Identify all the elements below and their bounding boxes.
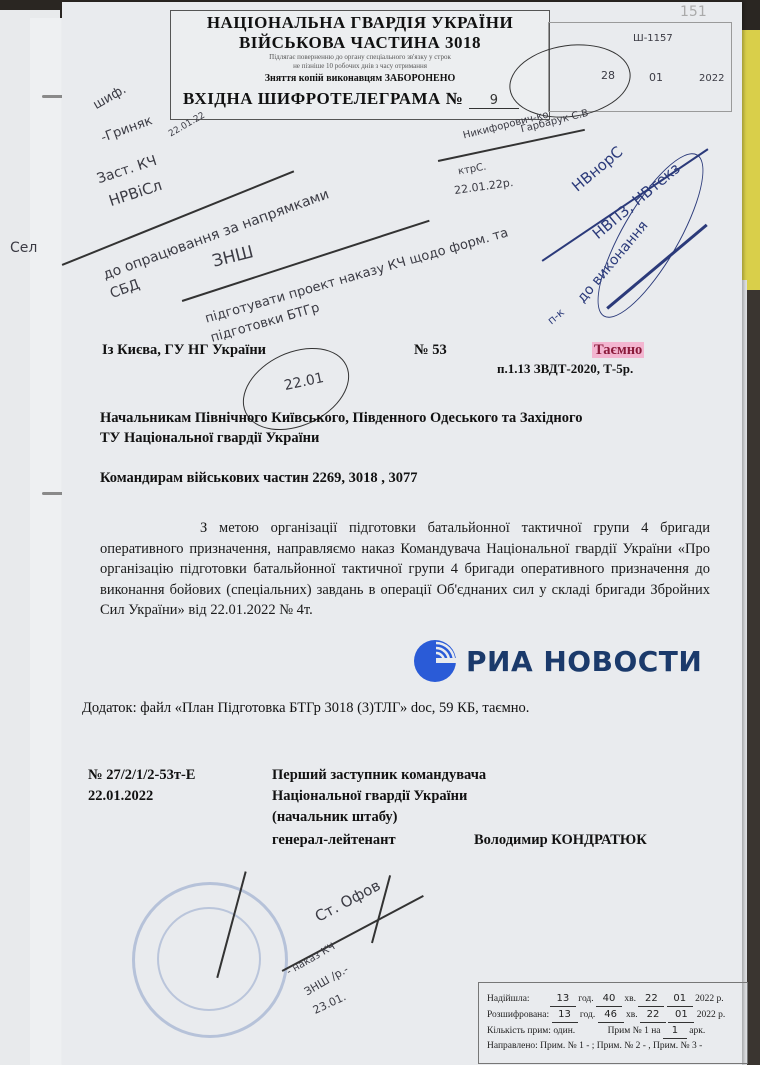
sent-row: Надійшла: 13 год. 40 хв. 22 01 2022 р. (487, 991, 739, 1007)
body-text: З метою організації підготовки батальйон… (100, 520, 710, 618)
recipients-line-2: ТУ Національної гвардії України (100, 430, 319, 447)
recipients-line-1: Начальникам Північного Київського, Півде… (100, 410, 582, 427)
hw-bottom-1: Ст. Офов (312, 876, 383, 925)
registration-month: 01 (649, 71, 663, 84)
hw-bottom-4: 23.01. (311, 990, 348, 1017)
min-label: хв. (626, 1010, 638, 1020)
registration-year: 2022 (699, 73, 724, 84)
document-page: НАЦІОНАЛЬНА ГВАРДІЯ УКРАЇНИ ВІЙСЬКОВА ЧА… (62, 2, 742, 1065)
classification-badge: Таємно (592, 342, 644, 359)
decoded-month: 01 (668, 1007, 694, 1023)
min-label: хв. (624, 994, 636, 1004)
classification-label: Таємно (592, 342, 644, 358)
stamp-inner-ring (157, 907, 261, 1011)
hour-label: год. (578, 994, 593, 1004)
return-note-2: не пізніше 10 робочих днів з часу отрима… (171, 62, 549, 71)
decoded-hour: 13 (552, 1007, 578, 1023)
sender-number: № 53 (414, 342, 447, 359)
unit-name: ВІЙСЬКОВА ЧАСТИНА 3018 (171, 33, 549, 53)
signer-rank: генерал-лейтенант (272, 832, 396, 849)
copy-unit: арк. (689, 1026, 705, 1036)
sent-month: 01 (667, 991, 693, 1007)
outgoing-ref-date: 22.01.2022 (88, 788, 153, 805)
classification-reference: п.1.13 ЗВДТ-2020, Т-5р. (497, 361, 633, 377)
hw-note-name: -Гриняк (99, 113, 154, 145)
ria-globe-icon (412, 638, 458, 684)
recipients-line-3: Командирам військових частин 2269, 3018 … (100, 470, 418, 487)
header-box: НАЦІОНАЛЬНА ГВАРДІЯ УКРАЇНИ ВІЙСЬКОВА ЧА… (170, 10, 550, 120)
decoded-day: 22 (640, 1007, 666, 1023)
sent-day: 22 (638, 991, 664, 1007)
hw-divider-3 (438, 129, 585, 162)
decoded-row: Розшифрована: 13 год. 46 хв. 22 01 2022 … (487, 1007, 739, 1023)
org-name: НАЦІОНАЛЬНА ГВАРДІЯ УКРАЇНИ (171, 13, 549, 33)
transmission-box: Надійшла: 13 год. 40 хв. 22 01 2022 р. Р… (478, 982, 748, 1064)
title-text: ВХІДНА ШИФРОТЕЛЕГРАМА № (183, 89, 463, 108)
sent-label: Надійшла: (487, 994, 530, 1004)
sent-min: 40 (596, 991, 622, 1007)
signer-position-1: Перший заступник командувача (272, 767, 486, 784)
sent-hour: 13 (550, 991, 576, 1007)
hw-executor-3: ктрС. (457, 162, 487, 178)
hour-label: год. (580, 1010, 595, 1020)
official-stamp (132, 882, 288, 1038)
corner-number: 151 (680, 4, 707, 20)
document-title: ВХІДНА ШИФРОТЕЛЕГРАМА №9 (171, 89, 549, 109)
ria-novosti-watermark: РИА НОВОСТИ (412, 638, 702, 684)
ria-novosti-text: РИА НОВОСТИ (466, 645, 702, 678)
copies-label: Кількість прим: один. (487, 1026, 575, 1036)
body-paragraph: З метою організації підготовки батальйон… (100, 518, 710, 621)
sender-from: Із Києва, ГУ НГ України (102, 342, 266, 359)
hw-blue-note-1: НВнорС (568, 143, 626, 196)
copy-ban-note: Зняття копій виконавцям ЗАБОРОНЕНО (171, 73, 549, 84)
hw-blue-note-4: п-к (545, 306, 567, 327)
decoded-min: 46 (598, 1007, 624, 1023)
margin-note: Сел (10, 240, 37, 256)
registration-box: Ш-1157 28 01 2022 (548, 22, 732, 112)
hw-executor-date: 22.01.22р. (453, 176, 514, 197)
sent-year: 2022 р. (695, 994, 724, 1004)
return-note-1: Підлягає поверненню до органу спеціально… (171, 53, 549, 62)
hw-note-shif: шиф. (91, 82, 129, 113)
decoded-year: 2022 р. (697, 1010, 726, 1020)
signer-position-3: (начальник штабу) (272, 809, 397, 826)
decoded-label: Розшифрована: (487, 1010, 549, 1020)
attachment-line: Додаток: файл «План Підготовка БТГр 3018… (82, 700, 529, 717)
signer-name: Володимир КОНДРАТЮК (474, 832, 647, 849)
outgoing-ref-number: № 27/2/1/2-53т-Е (88, 767, 195, 784)
copy-pages: 1 (663, 1023, 687, 1039)
copies-row: Кількість прим: один. Прим № 1 на 1 арк. (487, 1023, 739, 1039)
signer-position-2: Національної гвардії України (272, 788, 467, 805)
registration-code: Ш-1157 (633, 33, 673, 44)
copy-label: Прим № 1 на (608, 1026, 661, 1036)
sent-to-row: Направлено: Прим. № 1 - ; Прим. № 2 - , … (487, 1039, 739, 1054)
